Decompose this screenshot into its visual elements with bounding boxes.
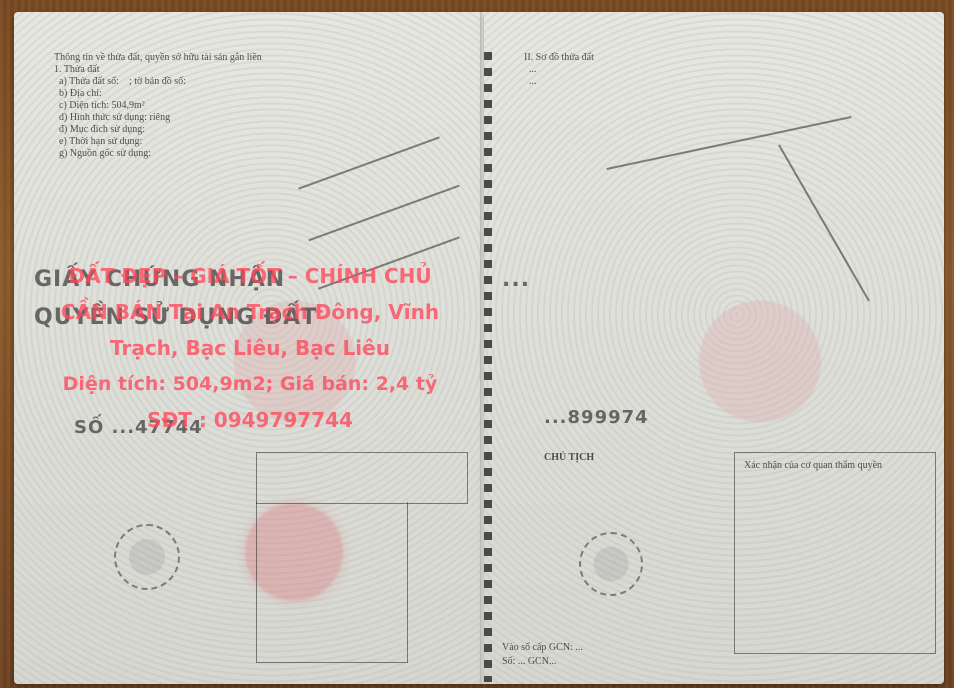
left-page-header-text: Thông tin về thửa đất, quyền sở hữu tài …	[54, 52, 262, 160]
document-title-line: ...	[502, 267, 530, 292]
registry-number: Vào sổ cấp GCN: ...	[502, 642, 583, 654]
right-page-header-text: II. Sơ đồ thửa đất ... ...	[524, 52, 594, 88]
ad-location-line-1: CẦN BÁN Tại An Trạch Đông, Vĩnh	[30, 294, 470, 330]
notes-table	[256, 452, 468, 504]
notes-table-header: Xác nhận của cơ quan thẩm quyền	[744, 460, 882, 472]
plot-line	[308, 185, 459, 242]
ad-location-line-2: Trạch, Bạc Liêu, Bạc Liêu	[30, 330, 470, 366]
page-edge	[484, 52, 492, 682]
notes-table	[734, 452, 936, 654]
serial-number: ...899974	[544, 407, 649, 428]
plot-line	[607, 116, 852, 170]
sale-ad-overlay: ĐẤT ĐẸP – GIÁ TỐT – CHÍNH CHỦ CẦN BÁN Tạ…	[30, 258, 470, 438]
ad-headline: ĐẤT ĐẸP – GIÁ TỐT – CHÍNH CHỦ	[30, 258, 470, 294]
ad-area-price: Diện tích: 504,9m2; Giá bán: 2,4 tỷ	[30, 366, 470, 402]
plot-line	[778, 145, 870, 302]
right-page: II. Sơ đồ thửa đất ... ... ... ...899974…	[484, 12, 944, 684]
ad-phone: SĐT : 0949797744	[30, 402, 470, 438]
registry-book-number: Số: ... GCN...	[502, 656, 556, 668]
plot-line	[298, 136, 440, 189]
signing-block: CHỦ TỊCH	[544, 452, 594, 464]
official-seal	[114, 524, 180, 590]
official-seal	[579, 532, 643, 596]
notes-table-column	[256, 502, 408, 663]
